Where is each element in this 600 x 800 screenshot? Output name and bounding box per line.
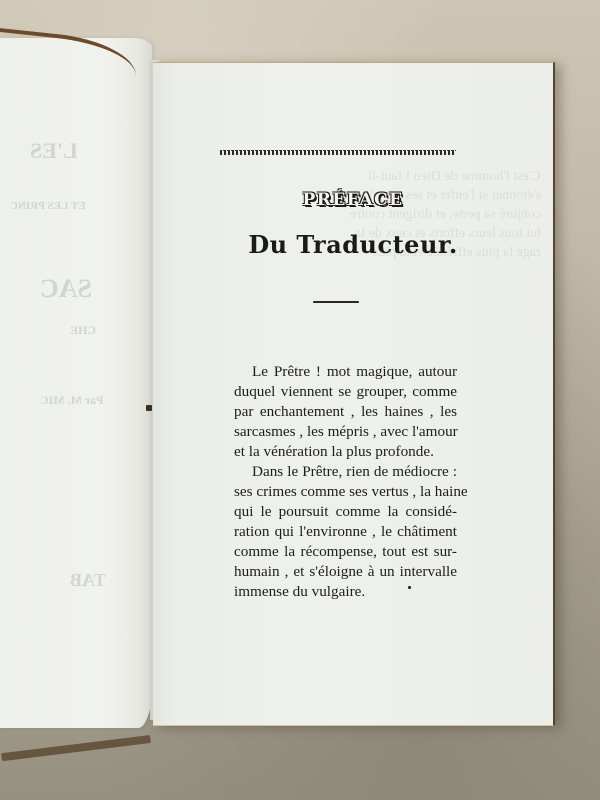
left-page-bottom-edge — [1, 735, 151, 761]
text-line: sarcasmes , les mépris , avec l'amour — [216, 422, 457, 442]
preface-body: Le Prêtre ! mot magique, autour duquel v… — [216, 362, 457, 602]
ghost-text: CHE — [70, 323, 96, 338]
text-line: Dans le Prêtre, rien de médiocre : — [216, 462, 457, 482]
text-line: humain , et s'éloigne à un intervalle — [216, 562, 457, 582]
paragraph: Dans le Prêtre, rien de médiocre : ses c… — [216, 462, 457, 602]
heading-preface: PRÉFACE — [153, 190, 553, 210]
paragraph: Le Prêtre ! mot magique, autour duquel v… — [216, 362, 457, 462]
ink-dot — [408, 586, 411, 589]
text-line: par enchantement , les haines , les — [216, 402, 457, 422]
gutter-stain — [146, 405, 152, 411]
ghost-text: SAC — [40, 274, 92, 304]
left-page: L'ES ET LES PRINC SAC CHE Par M. MIC TAB — [0, 38, 152, 728]
section-divider — [313, 301, 359, 303]
text-line: duquel viennent se grouper, comme — [216, 382, 457, 402]
subheading-traducteur: Du Traducteur. — [153, 230, 553, 259]
ghost-text: TAB — [70, 570, 106, 591]
text-line: ses crimes comme ses vertus , la haine — [216, 482, 457, 502]
book-photo: L'ES ET LES PRINC SAC CHE Par M. MIC TAB… — [0, 0, 600, 800]
text-line: Le Prêtre ! mot magique, autour — [216, 362, 457, 382]
text-line: immense du vulgaire. — [216, 582, 457, 602]
ghost-text: ET LES PRINC — [10, 200, 86, 212]
ghost-text: L'ES — [30, 138, 78, 164]
preface-heading-block: PRÉFACE Du Traducteur. — [153, 0, 553, 300]
text-line: ration qui l'environne , le châtiment — [216, 522, 457, 542]
text-line: et la vénération la plus profonde. — [216, 442, 457, 462]
ghost-text: Par M. MIC — [40, 393, 103, 408]
text-line: comme la récompense, tout est sur- — [216, 542, 457, 562]
text-line: qui le poursuit comme la considé- — [216, 502, 457, 522]
